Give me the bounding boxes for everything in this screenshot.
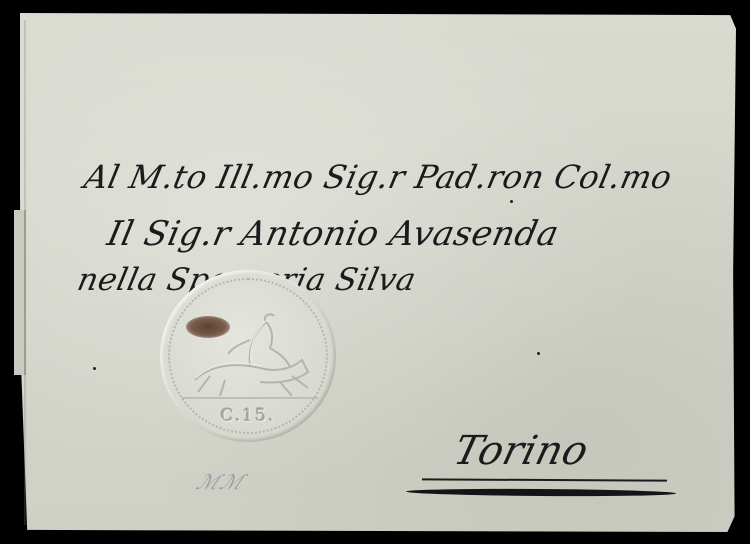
ink-speck [537, 352, 540, 355]
ink-speck [93, 367, 96, 370]
address-line-recipient: Il Sig.r Antonio Avasenda [104, 214, 563, 254]
ink-blot [186, 316, 230, 338]
fold-shadow [24, 20, 27, 525]
seal-value-label: C.15. [160, 406, 336, 426]
ink-speck [510, 200, 513, 203]
destination-city: Torino [449, 428, 593, 474]
embossed-seal: C.15. [160, 270, 336, 442]
address-line-salutation: Al M.to Ill.mo Sig.r Pad.ron Col.mo [81, 158, 676, 196]
